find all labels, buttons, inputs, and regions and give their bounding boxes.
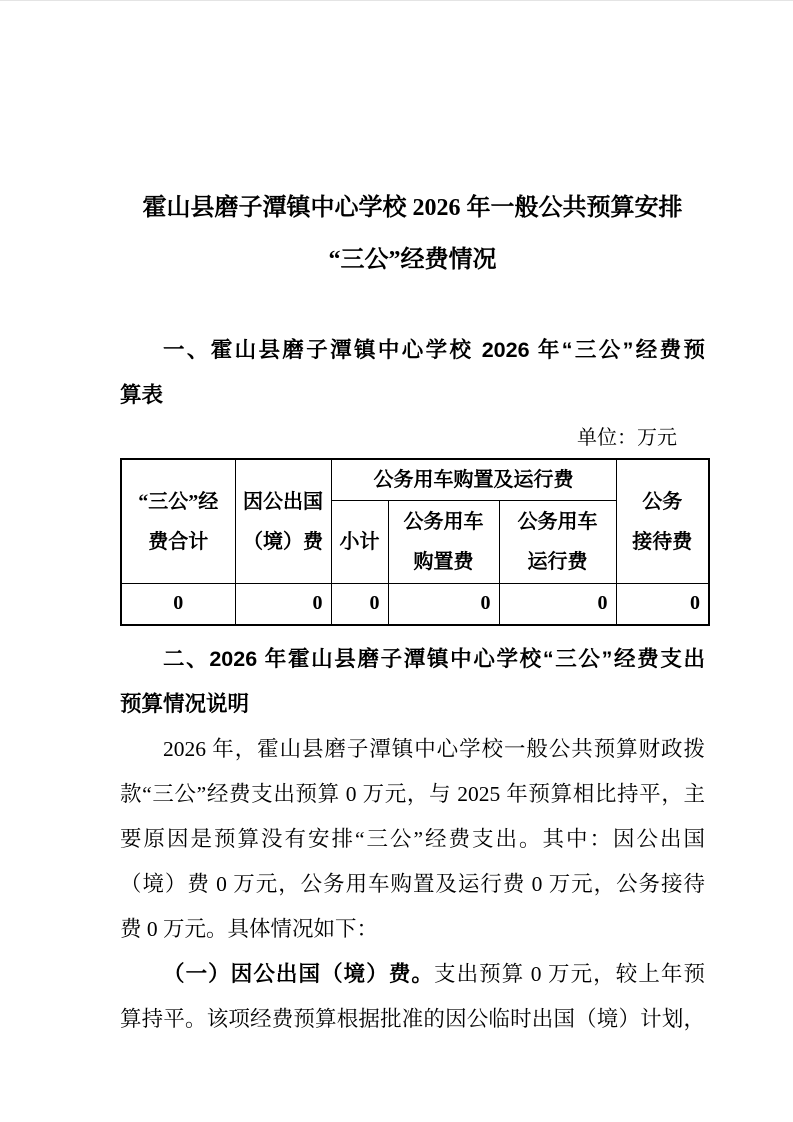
header-vehicle-purchase: 公务用车 购置费 bbox=[388, 501, 499, 584]
cell-vehicle-operation: 0 bbox=[499, 584, 616, 625]
paragraph-item1: （一）因公出国（境）费。支出预算 0 万元，较上年预 算持平。该项经费预算根据批… bbox=[120, 952, 705, 1042]
section2-heading: 二、2026 年霍山县磨子潭镇中心学校“三公”经费支出 预算情况说明 bbox=[120, 637, 705, 727]
sangong-budget-table: “三公”经 费合计 因公出国 （境）费 公务用车购置及运行费 公务 接待费 小计… bbox=[120, 458, 710, 626]
item1-label: （一）因公出国（境）费。 bbox=[163, 962, 434, 986]
document-page: 霍山县磨子潭镇中心学校 2026 年一般公共预算安排 “三公”经费情况 一、霍山… bbox=[0, 0, 793, 1122]
cell-vehicle-purchase: 0 bbox=[388, 584, 499, 625]
paragraph-overview: 2026 年，霍山县磨子潭镇中心学校一般公共预算财政拨 款“三公”经费支出预算 … bbox=[120, 727, 705, 952]
title-line-2: “三公”经费情况 bbox=[120, 234, 705, 286]
paragraph-item1-line-2: 算持平。该项经费预算根据批准的因公临时出国（境）计划， bbox=[120, 997, 705, 1042]
title-line-1: 霍山县磨子潭镇中心学校 2026 年一般公共预算安排 bbox=[120, 182, 705, 234]
section1-heading-line-1: 一、霍山县磨子潭镇中心学校 2026 年“三公”经费预 bbox=[120, 328, 705, 373]
cell-sangong-total: 0 bbox=[121, 584, 235, 625]
section1-heading-line-2: 算表 bbox=[120, 373, 705, 418]
cell-reception-fee: 0 bbox=[616, 584, 709, 625]
header-sangong-total: “三公”经 费合计 bbox=[121, 459, 235, 584]
header-abroad-fee: 因公出国 （境）费 bbox=[235, 459, 331, 584]
header-vehicle-group: 公务用车购置及运行费 bbox=[331, 459, 616, 501]
header-vehicle-operation: 公务用车 运行费 bbox=[499, 501, 616, 584]
item1-line-1-text: 支出预算 0 万元，较上年预 bbox=[434, 962, 705, 986]
header-subtotal: 小计 bbox=[331, 501, 388, 584]
document-title: 霍山县磨子潭镇中心学校 2026 年一般公共预算安排 “三公”经费情况 bbox=[120, 182, 705, 286]
table-data-row: 0 0 0 0 0 0 bbox=[121, 584, 709, 625]
cell-abroad-fee: 0 bbox=[235, 584, 331, 625]
unit-note: 单位：万元 bbox=[120, 418, 705, 458]
document-content: 霍山县磨子潭镇中心学校 2026 年一般公共预算安排 “三公”经费情况 一、霍山… bbox=[0, 1, 793, 1042]
paragraph-item1-line-1: （一）因公出国（境）费。支出预算 0 万元，较上年预 bbox=[120, 952, 705, 997]
cell-subtotal: 0 bbox=[331, 584, 388, 625]
section2-heading-line-1: 二、2026 年霍山县磨子潭镇中心学校“三公”经费支出 bbox=[120, 637, 705, 682]
section2-heading-line-2: 预算情况说明 bbox=[120, 682, 705, 727]
section1-heading: 一、霍山县磨子潭镇中心学校 2026 年“三公”经费预 算表 bbox=[120, 328, 705, 418]
header-reception-fee: 公务 接待费 bbox=[616, 459, 709, 584]
paragraph-overview-body: 2026 年，霍山县磨子潭镇中心学校一般公共预算财政拨 款“三公”经费支出预算 … bbox=[120, 727, 705, 907]
table-header-row-1: “三公”经 费合计 因公出国 （境）费 公务用车购置及运行费 公务 接待费 bbox=[121, 459, 709, 501]
paragraph-overview-last-line: 费 0 万元。具体情况如下： bbox=[120, 907, 705, 952]
